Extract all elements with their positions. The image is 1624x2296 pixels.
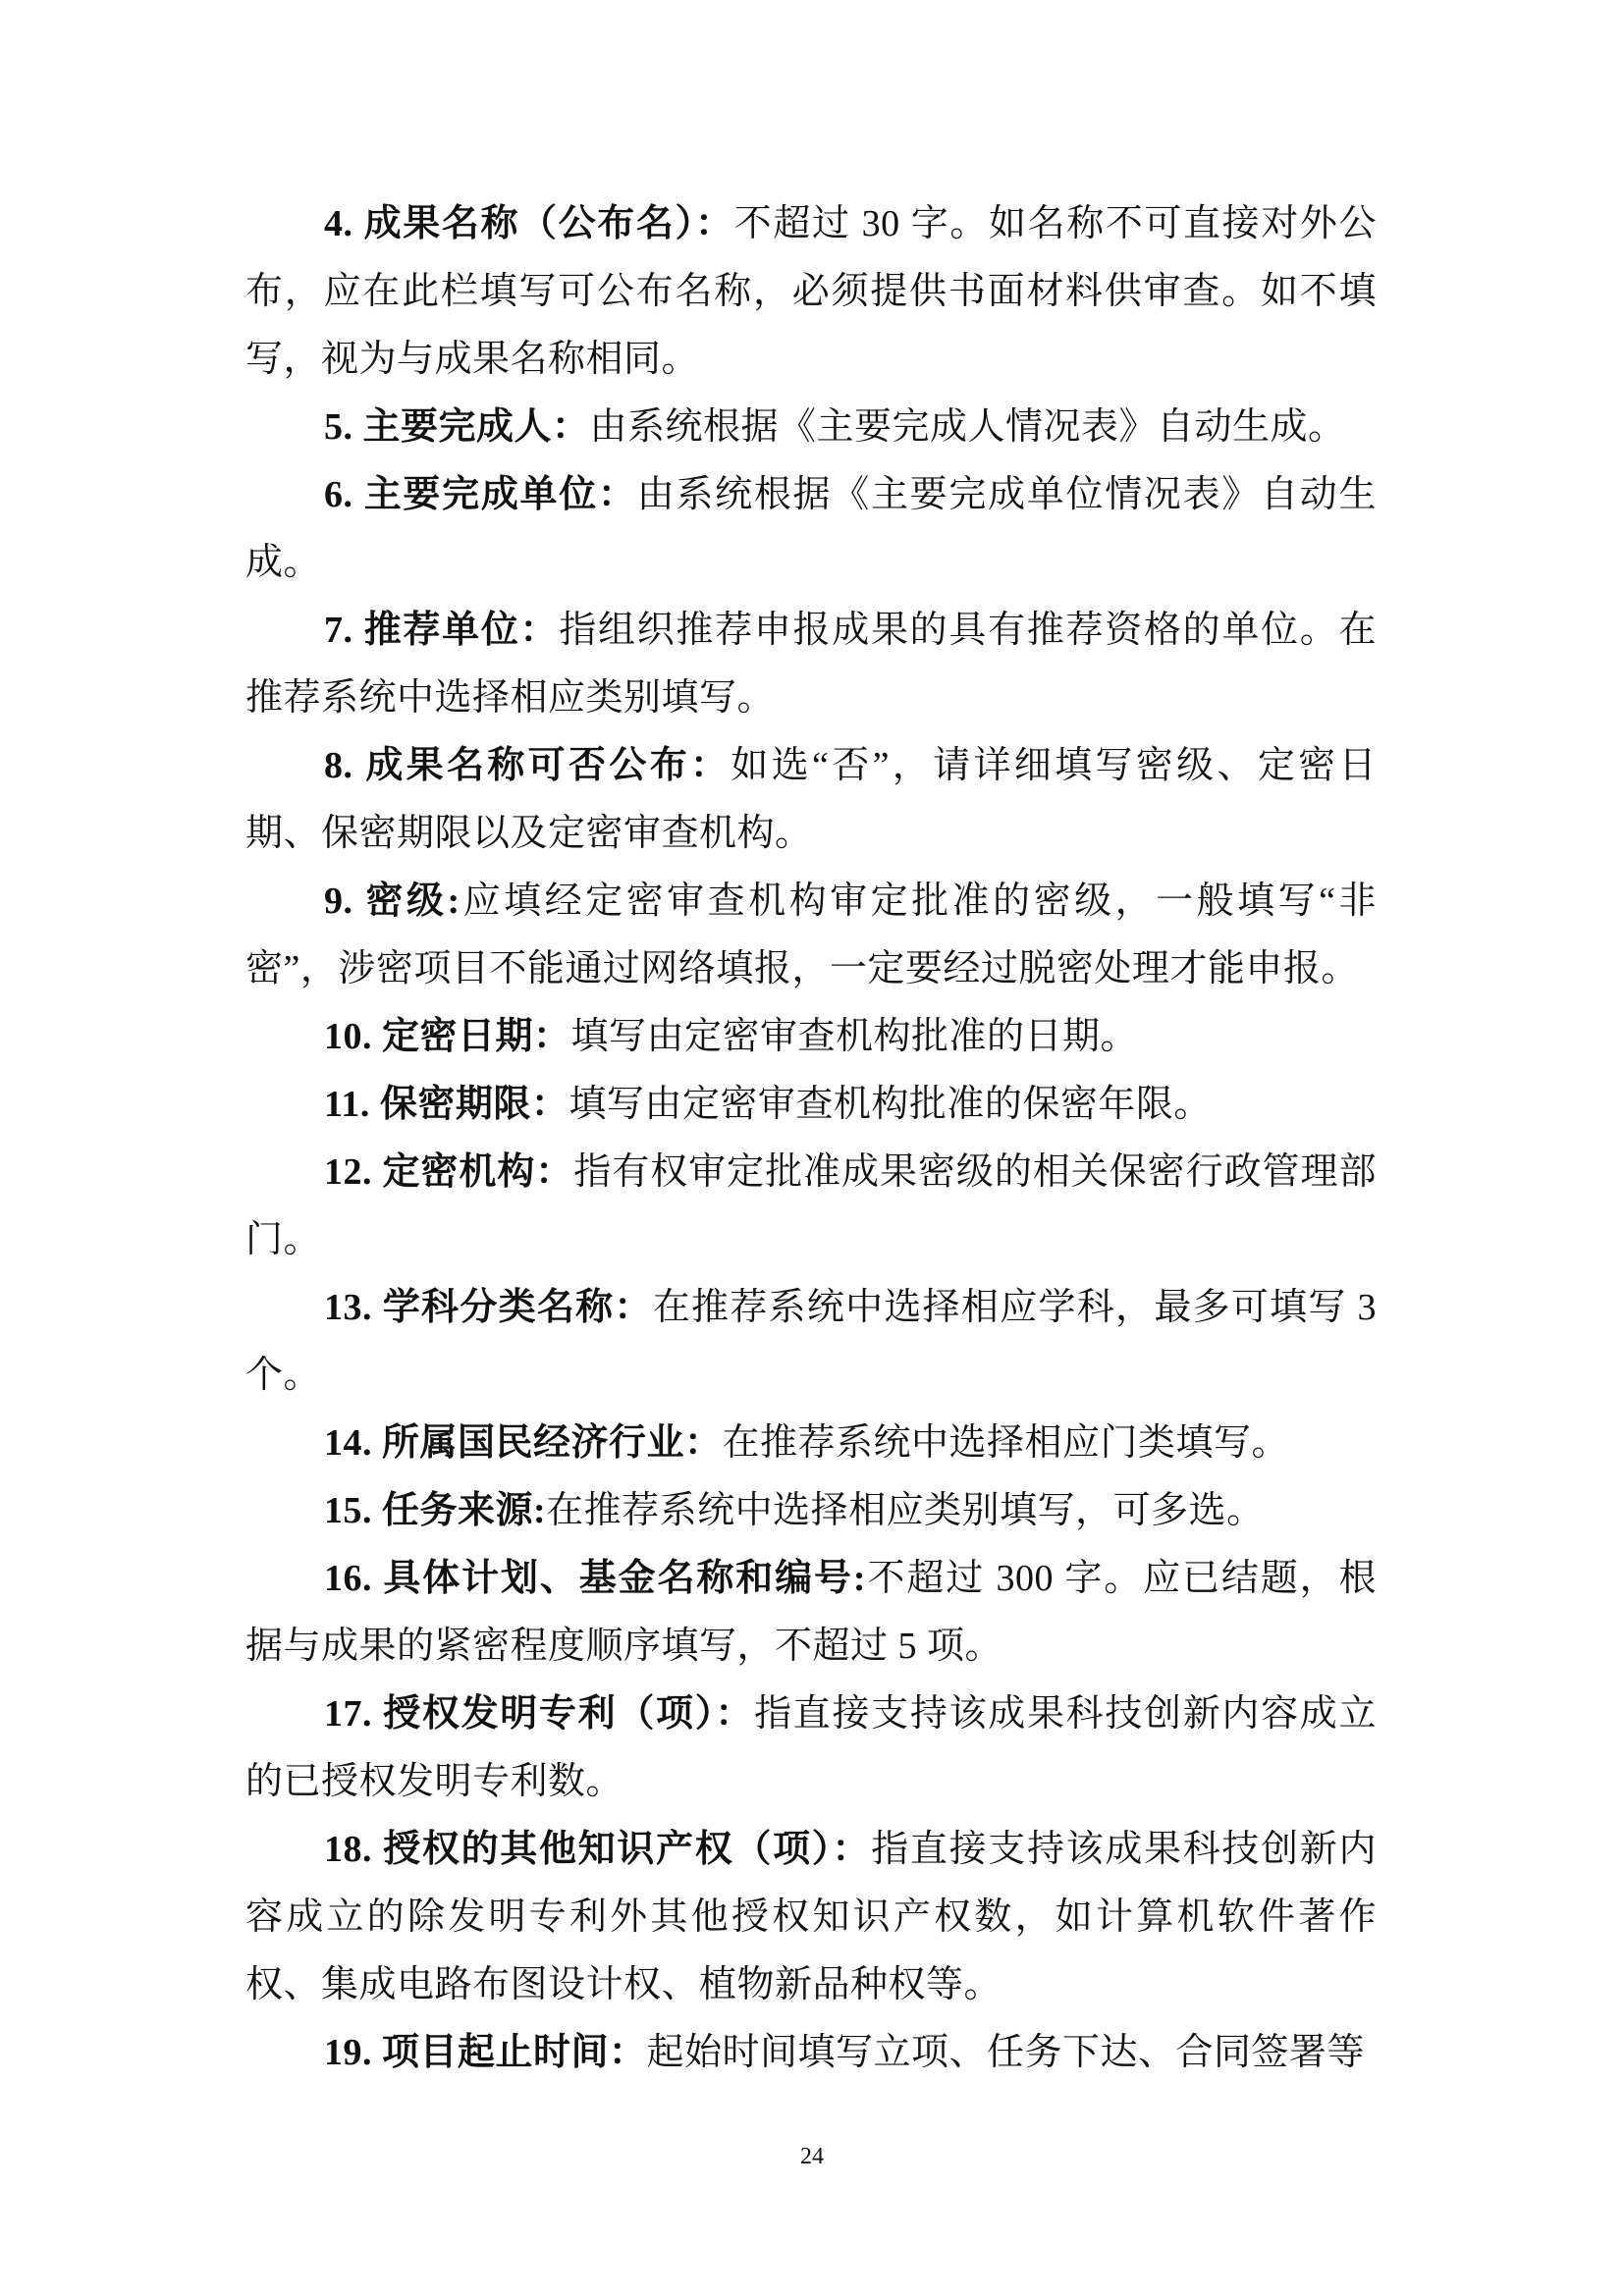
paragraph-7: 7. 推荐单位：指组织推荐申报成果的具有推荐资格的单位。在推荐系统中选择相应类别… bbox=[245, 597, 1377, 732]
item-label: 5. 主要完成人： bbox=[324, 406, 590, 448]
paragraph-11: 11. 保密期限：填写由定密审查机构批准的保密年限。 bbox=[245, 1071, 1377, 1139]
item-label: 14. 所属国民经济行业： bbox=[324, 1422, 723, 1464]
item-label: 4. 成果名称（公布名）： bbox=[324, 203, 734, 244]
page-number: 24 bbox=[0, 2143, 1624, 2170]
item-label: 7. 推荐单位： bbox=[324, 610, 559, 651]
document-page: 4. 成果名称（公布名）：不超过 30 字。如名称不可直接对外公布，应在此栏填写… bbox=[0, 0, 1624, 2296]
item-label: 8. 成果名称可否公布： bbox=[324, 745, 731, 786]
paragraph-19: 19. 项目起止时间：起始时间填写立项、任务下达、合同签署等 bbox=[245, 2019, 1377, 2087]
item-label: 15. 任务来源: bbox=[324, 1490, 546, 1531]
paragraph-8: 8. 成果名称可否公布：如选“否”，请详细填写密级、定密日期、保密期限以及定密审… bbox=[245, 732, 1377, 868]
item-label: 12. 定密机构： bbox=[324, 1151, 573, 1193]
item-label: 10. 定密日期： bbox=[324, 1016, 571, 1057]
paragraph-16: 16. 具体计划、基金名称和编号:不超过 300 字。应已结题，根据与成果的紧密… bbox=[245, 1545, 1377, 1681]
item-label: 6. 主要完成单位： bbox=[324, 474, 637, 515]
paragraph-4: 4. 成果名称（公布名）：不超过 30 字。如名称不可直接对外公布，应在此栏填写… bbox=[245, 190, 1377, 394]
paragraph-17: 17. 授权发明专利（项）：指直接支持该成果科技创新内容成立的已授权发明专利数。 bbox=[245, 1681, 1377, 1816]
item-label: 9. 密级: bbox=[324, 881, 460, 922]
item-label: 19. 项目起止时间： bbox=[324, 2032, 647, 2073]
item-label: 16. 具体计划、基金名称和编号: bbox=[324, 1558, 866, 1599]
paragraph-14: 14. 所属国民经济行业：在推荐系统中选择相应门类填写。 bbox=[245, 1410, 1377, 1477]
item-label: 13. 学科分类名称： bbox=[324, 1287, 653, 1328]
item-label: 18. 授权的其他知识产权（项）： bbox=[324, 1829, 871, 1870]
item-text: 填写由定密审查机构批准的日期。 bbox=[571, 1016, 1139, 1057]
item-text: 在推荐系统中选择相应门类填写。 bbox=[723, 1422, 1290, 1464]
item-text: 填写由定密审查机构批准的保密年限。 bbox=[568, 1084, 1212, 1125]
item-label: 11. 保密期限： bbox=[324, 1084, 568, 1125]
item-label: 17. 授权发明专利（项）： bbox=[324, 1693, 754, 1735]
paragraph-15: 15. 任务来源:在推荐系统中选择相应类别填写，可多选。 bbox=[245, 1477, 1377, 1545]
paragraph-18: 18. 授权的其他知识产权（项）：指直接支持该成果科技创新内容成立的除发明专利外… bbox=[245, 1816, 1377, 2019]
paragraph-10: 10. 定密日期：填写由定密审查机构批准的日期。 bbox=[245, 1003, 1377, 1071]
paragraph-9: 9. 密级:应填经定密审查机构审定批准的密级，一般填写“非密”，涉密项目不能通过… bbox=[245, 868, 1377, 1003]
paragraph-12: 12. 定密机构：指有权审定批准成果密级的相关保密行政管理部门。 bbox=[245, 1139, 1377, 1274]
paragraph-5: 5. 主要完成人：由系统根据《主要完成人情况表》自动生成。 bbox=[245, 394, 1377, 461]
item-text: 在推荐系统中选择相应类别填写，可多选。 bbox=[546, 1490, 1265, 1531]
item-text: 起始时间填写立项、任务下达、合同签署等 bbox=[647, 2032, 1366, 2073]
document-body: 4. 成果名称（公布名）：不超过 30 字。如名称不可直接对外公布，应在此栏填写… bbox=[245, 190, 1377, 2087]
paragraph-6: 6. 主要完成单位：由系统根据《主要完成单位情况表》自动生成。 bbox=[245, 461, 1377, 597]
paragraph-13: 13. 学科分类名称：在推荐系统中选择相应学科，最多可填写 3 个。 bbox=[245, 1274, 1377, 1410]
item-text: 由系统根据《主要完成人情况表》自动生成。 bbox=[590, 406, 1346, 448]
